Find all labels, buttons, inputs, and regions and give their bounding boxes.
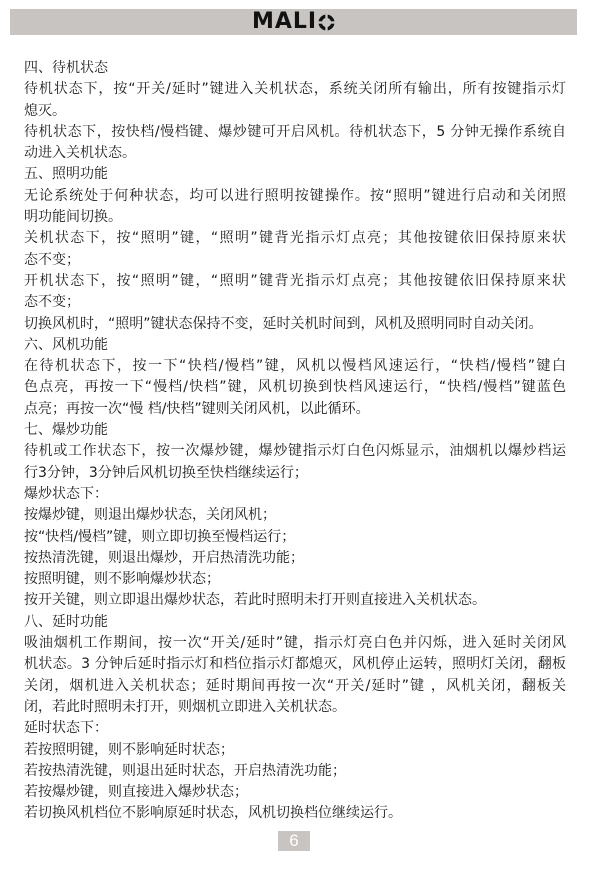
paragraph-line: 无论系统处于何种状态，均可以进行照明按键操作。按“照明”键进行启动和关闭照 (24, 186, 566, 207)
brand-logo: MALI (252, 11, 335, 33)
paragraph-line: 按“快档/慢档”键，则立即切换至慢档运行； (24, 527, 566, 548)
paragraph-line: 若按照明键，则不影响延时状态； (24, 740, 566, 761)
paragraph-line: 色点亮，再按一下“慢档/快档”键，风机切换到快档风速运行，“快档/慢档”键蓝色 (24, 377, 566, 398)
paragraph-line: 态不变； (24, 250, 566, 271)
header-bar: MALI (10, 9, 577, 35)
paragraph-line: 在待机状态下，按一下“快档/慢档”键，风机以慢档风速运行，“快档/慢档”键白 (24, 356, 566, 377)
paragraph-line: 吸油烟机工作期间，按一次“开关/延时”键，指示灯亮白色并闪烁，进入延时关闭风 (24, 633, 566, 654)
paragraph-line: 点亮；再按一次“慢 档/快档”键则关闭风机，以此循环。 (24, 399, 566, 420)
paragraph-line: 关机状态下，按“照明”键，“照明”键背光指示灯点亮；其他按键依旧保持原来状 (24, 228, 566, 249)
paragraph-line: 闭，若此时照明未打开，则烟机立即进入关机状态。 (24, 697, 566, 718)
manual-body: 四、待机状态待机状态下，按“开关/延时”键进入关机状态，系统关闭所有输出，所有按… (24, 58, 566, 825)
paragraph-line: 按开关键，则立即退出爆炒状态，若此时照明未打开则直接进入关机状态。 (24, 590, 566, 611)
paragraph-line: 待机或工作状态下，按一次爆炒键，爆炒键指示灯白色闪烁显示，油烟机以爆炒档运 (24, 441, 566, 462)
paragraph-line: 态不变； (24, 292, 566, 313)
paragraph-line: 动进入关机状态。 (24, 143, 566, 164)
paragraph-line: 爆炒状态下： (24, 484, 566, 505)
section-heading: 六、风机功能 (24, 335, 566, 356)
paragraph-line: 若切换风机档位不影响原延时状态，风机切换档位继续运行。 (24, 803, 566, 824)
paragraph-line: 切换风机时，“照明”键状态保持不变，延时关机时间到，风机及照明同时自动关闭。 (24, 314, 566, 335)
section-heading: 五、照明功能 (24, 164, 566, 185)
paragraph-line: 按照明键，则不影响爆炒状态； (24, 569, 566, 590)
paragraph-line: 开机状态下，按“照明”键，“照明”键背光指示灯点亮；其他按键依旧保持原来状 (24, 271, 566, 292)
paragraph-line: 待机状态下，按快档/慢档键、爆炒键可开启风机。待机状态下，5 分钟无操作系统自 (24, 122, 566, 143)
paragraph-line: 待机状态下，按“开关/延时”键进入关机状态，系统关闭所有输出，所有按键指示灯 (24, 79, 566, 100)
section-heading: 七、爆炒功能 (24, 420, 566, 441)
paragraph-line: 按爆炒键，则退出爆炒状态，关闭风机； (24, 505, 566, 526)
paragraph-line: 延时状态下： (24, 718, 566, 739)
section-heading: 八、延时功能 (24, 612, 566, 633)
page-number: 6 (278, 831, 310, 851)
paragraph-line: 按热清洗键，则退出爆炒，开启热清洗功能； (24, 548, 566, 569)
paragraph-line: 若按爆炒键，则直接进入爆炒状态； (24, 782, 566, 803)
paragraph-line: 若按热清洗键，则退出延时状态，开启热清洗功能； (24, 761, 566, 782)
paragraph-line: 熄灭。 (24, 101, 566, 122)
paragraph-line: 机状态。3 分钟后延时指示灯和档位指示灯都熄灭，风机停止运转，照明灯关闭，翻板 (24, 654, 566, 675)
brand-name: MALI (252, 11, 317, 33)
paragraph-line: 行3分钟，3分钟后风机切换至快档继续运行； (24, 463, 566, 484)
paragraph-line: 明功能间切换。 (24, 207, 566, 228)
section-heading: 四、待机状态 (24, 58, 566, 79)
paragraph-line: 关闭，烟机进入关机状态；延时期间再按一次“开关/延时”键 ，风机关闭，翻板关 (24, 676, 566, 697)
power-o-icon (318, 14, 335, 31)
